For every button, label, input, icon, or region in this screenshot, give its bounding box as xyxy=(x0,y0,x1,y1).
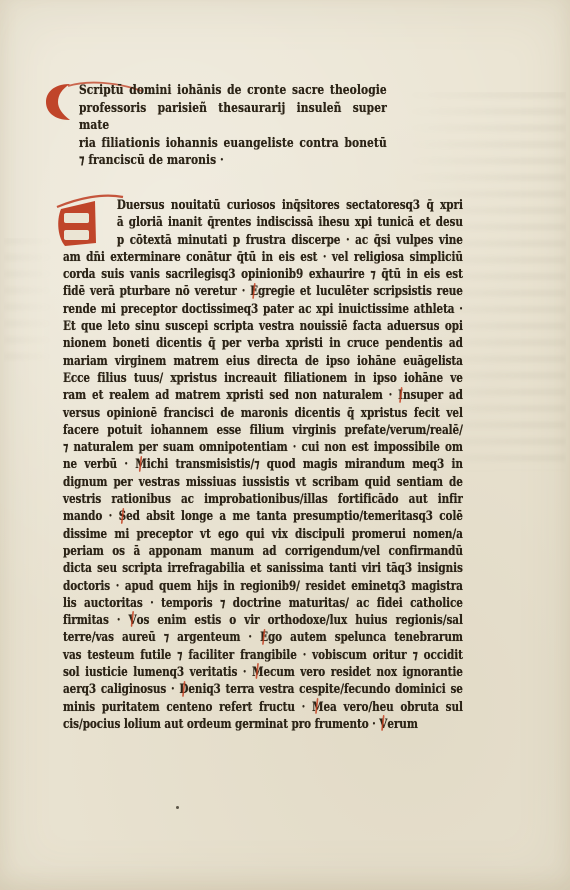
body-text-line: Ecce filius tuus/ xpristus increauit fil… xyxy=(63,370,463,387)
body-text-line: aerq3 caliginosus · Deniq3 terra vestra … xyxy=(63,681,463,698)
rubricated-capital: M xyxy=(135,456,146,473)
ink-speck xyxy=(176,806,179,809)
initial-letter-value: A xyxy=(125,193,126,194)
body-text-line: fidē verā pturbare nō veretur · Egregie … xyxy=(63,283,463,300)
body-text-line: Et que leto sinu suscepi scripta vestra … xyxy=(63,318,463,335)
body-text-line: versus opinionē francisci de maronis dic… xyxy=(63,405,463,422)
incipit-line: ⁊ franciscū de maronis · xyxy=(79,152,387,170)
body-text-line: nionem boneti dicentis q̄ per verba xpri… xyxy=(63,335,463,352)
body-text-line: terre/vas aureū ⁊ argenteum · Ego autem … xyxy=(63,629,463,646)
body-text-line: mando · Sed absit longe a me tanta presu… xyxy=(63,508,463,525)
body-text-line: periam os ā apponam manum ad corrigendum… xyxy=(63,543,463,560)
rubricated-capital: S xyxy=(119,508,126,525)
incipit-line: ria filiationis iohannis euangeliste con… xyxy=(79,135,387,153)
rubricated-capital: D xyxy=(179,681,188,698)
body-text-line: doctoris · apud quem hijs in regionib9/ … xyxy=(63,578,463,595)
rubricated-capital: E xyxy=(250,283,258,300)
incunabulum-page: Scriptū domini iohānis de cronte sacre t… xyxy=(0,0,570,890)
body-text-line: ne verbū · Michi transmisistis/⁊ quod ma… xyxy=(63,456,463,473)
body-text-line: am dn̄i exterminare conātur q̄tū in eis … xyxy=(63,249,463,266)
body-text-line: cis/pocius lolium aut ordeum germinat pr… xyxy=(63,716,463,733)
incipit-block: Scriptū domini iohānis de cronte sacre t… xyxy=(79,82,387,170)
body-text-line: minis puritatem centeno refert fructu · … xyxy=(63,699,463,716)
rubricated-capital: V xyxy=(379,716,387,733)
body-text-line: corda suis vanis sacrilegisq3 opinionib9… xyxy=(63,266,463,283)
body-text-line: lis auctoritas · temporis ⁊ doctrine mat… xyxy=(63,595,463,612)
rubricated-capital: M xyxy=(252,664,263,681)
body-text-line: vestris rationibus ac improbationibus/il… xyxy=(63,491,463,508)
verso-show-through-left xyxy=(4,238,58,368)
body-text-line: dicta seu scripta irrefragabilia et sani… xyxy=(63,560,463,577)
body-text-line: vas testeum futile ⁊ faciliter frangibil… xyxy=(63,647,463,664)
body-text-line: facere potuit iohannem esse filium virgi… xyxy=(63,422,463,439)
body-text-line: firmitas · Vos enim estis o vir orthodox… xyxy=(63,612,463,629)
body-text-block: Duersus nouitatū curiosos inq̄sitores se… xyxy=(63,197,463,733)
incipit-line: Scriptū domini iohānis de cronte sacre t… xyxy=(79,82,387,100)
body-text-line: ram et realem ad matrem xpristi sed non … xyxy=(63,387,463,404)
body-text-line: ā gloriā inanit q̄rentes indiscissā ihes… xyxy=(117,214,463,231)
body-text-line: ⁊ naturalem per suam omnipotentiam · cui… xyxy=(63,439,463,456)
body-text-line: Duersus nouitatū curiosos inq̄sitores se… xyxy=(117,197,463,214)
body-text-line: dignum per vestras missiuas iussistis vt… xyxy=(63,474,463,491)
body-text-line: mariam virginem matrem eius directa de i… xyxy=(63,353,463,370)
rubricated-capital: E xyxy=(260,629,268,646)
rubricated-capital: I xyxy=(398,387,403,404)
incipit-line: professoris parisieñ thesaurarij insuleñ… xyxy=(79,100,387,135)
rubricated-capital: V xyxy=(129,612,137,629)
body-text-line: rende mi preceptor doctissimeq3 pater ac… xyxy=(63,301,463,318)
rubricated-capital: M xyxy=(312,699,323,716)
body-text-line: dissime mi preceptor vt ego qui vix disc… xyxy=(63,526,463,543)
body-text-line: sol iusticie lumenq3 veritatis · Mecum v… xyxy=(63,664,463,681)
body-text-line: p cōtextā minutati p frustra discerpe · … xyxy=(117,232,463,249)
